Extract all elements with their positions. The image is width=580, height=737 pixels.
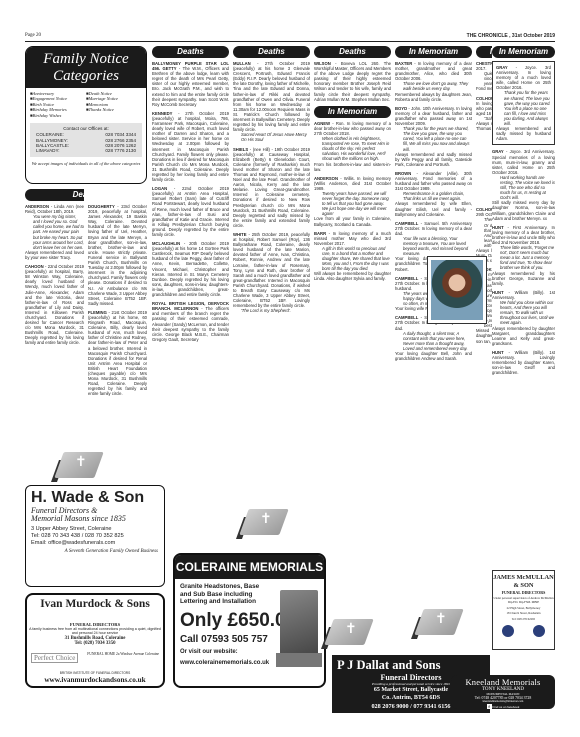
ivan-website-link[interactable]: www.ivanmurdockandsons.co.uk [27,676,163,684]
deaths-memoriam-column-5: Deaths WILSON - Boveva LOL 260. The Wors… [314,46,391,606]
death-notice: ROYAL BRITISH LEGION, DERVOCK BRANCH. MC… [152,301,229,342]
death-notice: WHITE - 25th October 2019, peacefully at… [233,232,310,314]
memoriam-notice-boxed: GRAY - Joyce. 3rd Anniversary. In loving… [492,61,555,145]
cross-icon: ✝ [435,611,447,625]
memoriam-notice: HUNT - William (Billy). 1st Anniversary.… [492,290,555,346]
section-heading: In Memoriam [395,46,472,58]
section-heading: In Memoriam [492,46,555,58]
masthead: THE CHRONICLE , 31st October 2019 [467,33,555,39]
section-heading: Deaths [25,189,84,201]
facebook-link[interactable]: f Find us on facebook [451,704,555,709]
section-heading: Deaths [314,46,391,58]
deaths-column-2: DOUGHERTY - 23rd October 2019, peacefull… [88,204,147,479]
death-notice: MULLAN - 27th October 2019 (peacefully) … [233,61,310,143]
death-notice: BALLYMONEY PURPLE STAR LOL 456. GETTY - … [152,61,229,107]
office-row: LIMAVADY:028 7776 2130 [36,148,136,153]
coleraine-memorials-ad: COLERAINE MEMORIALS Granite Headstones, … [173,553,326,688]
office-contacts: Contact our Offices at: COLERAINE:028 70… [30,123,142,156]
bible-graphic: ✝ [415,603,463,643]
memoriam-notice: GRAY - Joyce. 3rd Anniversary. Special m… [492,149,555,220]
death-notice: DOUGHERTY - 23rd October 2019, peacefull… [88,204,147,306]
memoriam-notice: AGNEW - Ron. In loving memory of a dear … [314,121,391,172]
memoriam-notice: HUNT - First Anniversary. In loving memo… [492,225,555,286]
memoriam-notice: BOYD - John. 10th Anniversary. In loving… [395,106,472,167]
images-note: We accept images of individuals in all o… [26,159,146,168]
bible-graphic: ✝ [325,613,373,653]
cross-icon: ✝ [345,621,357,635]
association-logo-icon [502,625,514,637]
cross-icon: ✝ [75,454,87,468]
memorial-photo [427,256,487,324]
facebook-icon: f [487,704,492,709]
category-item: Thanks Notice [86,107,142,112]
category-item: Birthday Wishes [30,113,86,118]
wade-funeral-ad: H. Wade & Son Funeral Directors & Memori… [25,485,165,587]
james-mcmullan-ad: JAMES McMULLAN& SON FUNERAL DIRECTORS Un… [492,570,555,650]
memoriam-notice: BARR - In loving memory of a much missed… [314,231,391,282]
section-heading: Deaths [152,46,229,58]
memoriam-column-6: In Memoriam BAXTER - In loving memory of… [395,46,472,646]
deaths-column-4: Deaths MULLAN - 27th October 2019 (peace… [233,46,310,546]
memoriam-notice: HUNT - William (Billy). 1st Anniversary.… [492,350,555,375]
ivan-murdock-ad: Ivan Murdock & Sons FUNERAL DIRECTORS A … [25,593,165,688]
death-notice: SHIELS - (nee Hill) - 19th October 2019 … [233,147,310,229]
section-heading: In Memoriam [314,106,391,118]
page-number: Page 20 [25,33,41,38]
selected-independent-logo-icon [533,625,545,637]
death-notice: WILSON - Boveva LOL 260. The Worshipful … [314,61,391,102]
death-notice: CAHOON - 22nd October 2019 (peacefully) … [25,264,84,346]
memoriam-notice: BROWN - Alexander (Allie). 30th Annivers… [395,171,472,217]
death-notice: FLEMING - 21st October 2019 (peacefully)… [88,310,147,397]
category-list: Anniversary Death Notice Engagement Noti… [26,88,146,121]
deaths-column-1: Deaths ANDERSON - Linda Ann (nee Reid), … [25,189,84,479]
perfect-choice-logo: Perfect Choice [31,653,78,663]
death-notice: KENNEDY - 27th October 2019 (peacefully)… [152,111,229,182]
kneeland-memorials-ad: Kneeland Memorials TONY KNEELAND MONUMEN… [451,675,555,709]
newspaper-page: Page 20 THE CHRONICLE , 31st October 201… [25,28,555,688]
memoriam-notice: BAXTER - In loving memory of a dear moth… [395,61,472,102]
memoriam-notice: ANDERSON - Willis. In loving memory (Wil… [314,176,391,227]
memoriam-column-8: In Memoriam GRAY - Joyce. 3rd Anniversar… [492,46,555,566]
deaths-column-3: Deaths BALLYMONEY PURPLE STAR LOL 456. G… [152,46,229,546]
family-notice-categories-box: Family Notice Categories Anniversary Dea… [25,46,147,184]
bible-graphic: ✝ [55,446,103,486]
section-heading: Deaths [233,46,310,58]
family-notice-title: Family Notice Categories [26,47,146,88]
death-notice: MCLAUGHLIN - 20th October 2019 (peaceful… [152,241,229,297]
death-notice: LOGAN - 22nd October 2019 (peacefully) a… [152,186,229,237]
bible-graphic: ✝ [240,503,288,543]
page-header: Page 20 THE CHRONICLE , 31st October 201… [25,28,555,42]
death-notice: ANDERSON - Linda Ann (nee Reid), October… [25,204,84,260]
cross-icon: ✝ [260,511,272,525]
headstone-image [280,590,318,656]
